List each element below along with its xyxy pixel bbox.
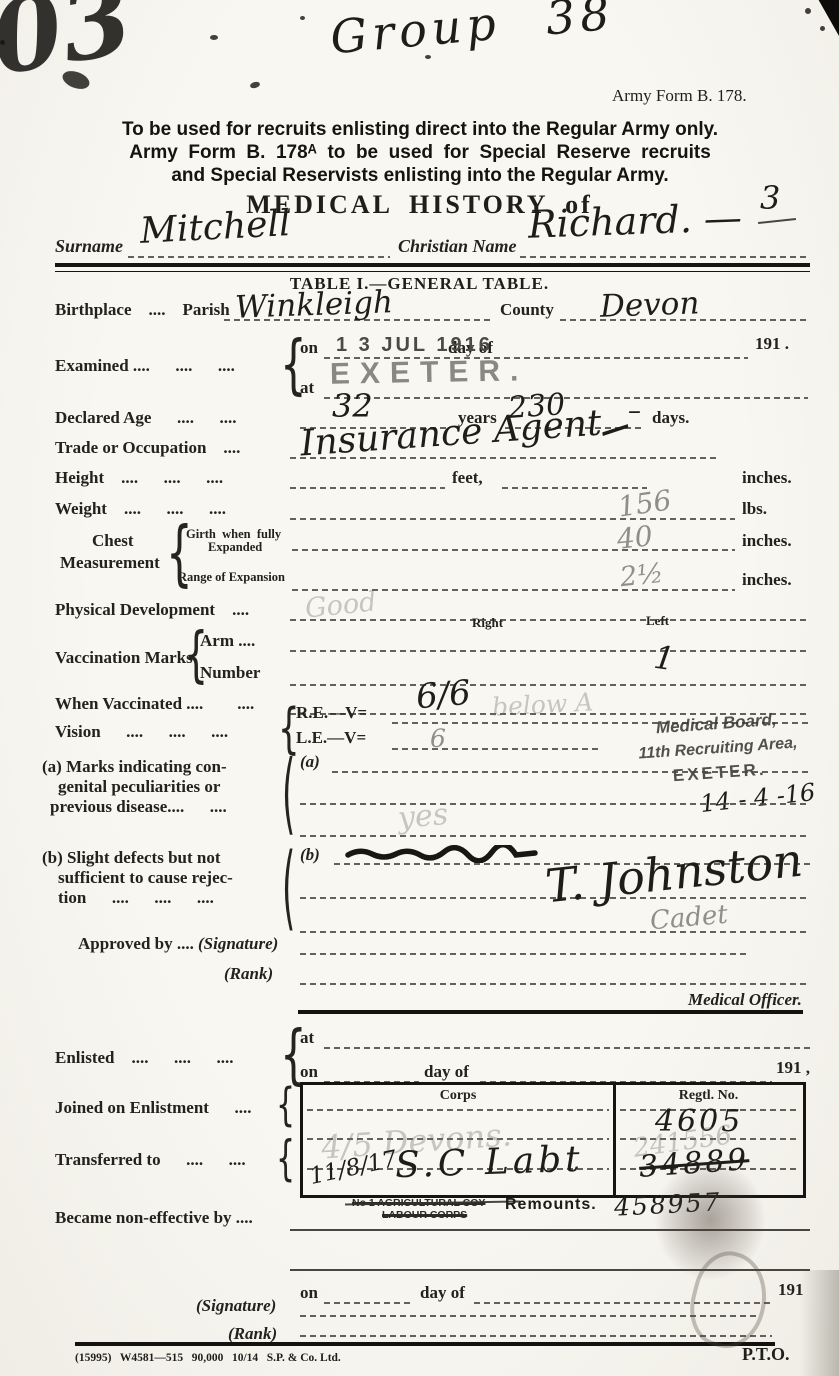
declared-age-label: Declared Age .... ....: [55, 408, 236, 428]
scanned-form-page: 03 Group 38 Army Form B. 178. To be used…: [0, 0, 839, 1376]
transferred-brace: {: [276, 1136, 295, 1184]
enlisted-label: Enlisted .... .... ....: [55, 1048, 234, 1068]
vision-re-label: R.E.—V=: [296, 703, 367, 723]
christian-name-label: Christian Name: [398, 236, 517, 257]
ink-speck: [210, 35, 218, 40]
table-column-divider: [613, 1085, 616, 1195]
marks-a-label2: genital peculiarities or: [58, 777, 220, 797]
corps-header: Corps: [303, 1088, 613, 1104]
ink-speck: [0, 40, 5, 45]
section-rule: [298, 1010, 803, 1014]
group-annotation: Group 38: [329, 0, 617, 60]
christian-name-value: Richard. —: [527, 198, 742, 243]
approved-signature-word: (Signature): [198, 934, 278, 954]
form-reference: Army Form B. 178.: [612, 86, 747, 106]
marks-a-letter: (a): [300, 752, 320, 772]
pto-label: P.T.O.: [742, 1344, 790, 1365]
usage-note-line2: Army Form B. 178ᴬ to be used for Special…: [50, 142, 790, 164]
range-units-label: inches.: [742, 570, 792, 590]
examined-at-label: at: [300, 378, 314, 398]
field-line: [324, 397, 808, 399]
enlisted-on-label: on: [300, 1062, 318, 1082]
girth-value: 40: [616, 522, 654, 554]
county-value: Devon: [599, 288, 699, 322]
remounts-stamp: Remounts.: [505, 1196, 597, 1214]
vaccination-number-value: 1: [652, 641, 677, 676]
field-line: [332, 771, 810, 773]
field-line: [290, 518, 735, 520]
vision-note-value: below A: [491, 689, 593, 719]
field-line: [324, 1047, 810, 1049]
age-days-dash-mark: –: [628, 398, 641, 424]
field-line: [300, 953, 750, 955]
defects-b-label1: (b) Slight defects but not: [42, 848, 221, 868]
table-row-line: [307, 1109, 609, 1111]
date-stamp: 1 3 JUL 1916: [336, 334, 493, 357]
defects-b-label3: tion .... .... ....: [58, 888, 214, 908]
field-line: [290, 487, 445, 489]
field-line: [292, 549, 735, 551]
struck-unit-stamp-line2: LABOUR CORPS: [382, 1209, 467, 1221]
transferred-corps-value-2: S.C Labt: [394, 1142, 584, 1185]
surname-value: Mitchell: [139, 206, 291, 250]
defects-b-label2: sufficient to cause rejec-: [58, 868, 233, 888]
examined-label: Examined .... .... ....: [55, 356, 235, 376]
board-stamp-date: 14 - 4 -16: [699, 780, 816, 816]
vision-label: Vision .... .... ....: [55, 722, 228, 742]
section-rule: [55, 263, 810, 272]
defect-strike-mark: [345, 845, 540, 863]
vaccination-marks-label: Vaccination Marks: [55, 648, 193, 668]
defects-b-letter: (b): [300, 845, 320, 865]
physical-development-value: Good: [304, 588, 378, 622]
marks-a-note-value: yes: [397, 800, 450, 834]
when-vaccinated-label: When Vaccinated .... ....: [55, 694, 254, 714]
weight-label: Weight .... .... ....: [55, 499, 226, 519]
transferred-to-label: Transferred to .... ....: [55, 1150, 246, 1170]
chest-label: Chest: [92, 531, 134, 551]
approved-rank-label: (Rank): [224, 964, 273, 984]
chest-measurement-label: Measurement: [60, 553, 160, 573]
medical-officer-label: Medical Officer.: [688, 990, 802, 1010]
weight-value: 156: [616, 486, 673, 521]
marks-a-label3: previous disease.... ....: [50, 797, 227, 817]
closing-on-label: on: [300, 1283, 318, 1303]
field-line: [300, 931, 810, 933]
usage-note-line3: and Special Reservists enlisting into th…: [50, 165, 790, 187]
became-non-effective-label: Became non-effective by ....: [55, 1208, 253, 1228]
parish-value: Winkleigh: [235, 287, 394, 323]
vision-re-value: 6/6: [415, 676, 472, 715]
lbs-label: lbs.: [742, 499, 767, 519]
field-line: [300, 835, 810, 837]
usage-note-line1: To be used for recruits enlisting direct…: [50, 119, 790, 141]
trade-label: Trade or Occupation ....: [55, 438, 240, 458]
approved-by-label: Approved by ....: [78, 934, 194, 954]
joined-on-enlistment-label: Joined on Enlistment ....: [55, 1098, 251, 1118]
marks-a-paren: (: [282, 750, 295, 838]
defects-b-paren: (: [282, 843, 295, 935]
enlisted-at-label: at: [300, 1028, 314, 1048]
ink-speck: [805, 8, 811, 14]
field-line: [290, 650, 810, 652]
enlisted-day-of-label: day of: [424, 1062, 469, 1082]
vision-le-label: L.E.—V=: [296, 728, 366, 748]
printer-imprint: (15995) W4581—515 90,000 10/14 S.P. & Co…: [75, 1352, 341, 1364]
joined-brace: {: [276, 1084, 295, 1129]
edge-shading: [800, 1270, 839, 1376]
closing-rank-label: (Rank): [228, 1324, 277, 1344]
closing-signature-label: (Signature): [196, 1296, 276, 1316]
field-line: [290, 684, 810, 686]
field-line: [128, 256, 390, 258]
field-line: [300, 803, 810, 805]
number-label: Number: [200, 663, 260, 683]
ink-speck: [820, 26, 825, 31]
field-line: [290, 619, 810, 621]
table1-heading: TABLE I.—GENERAL TABLE.: [0, 274, 839, 294]
right-column-label: Right: [472, 615, 503, 631]
surname-label: Surname: [55, 236, 123, 257]
vision-le-value: 6: [430, 726, 446, 751]
page-number-annotation: 3: [760, 182, 780, 214]
county-label: County: [500, 300, 554, 320]
physical-development-label: Physical Development ....: [55, 600, 249, 620]
feet-label: feet,: [452, 468, 483, 488]
girth-units-label: inches.: [742, 531, 792, 551]
inches-label: inches.: [742, 468, 792, 488]
ink-speck: [300, 16, 305, 20]
regtl-no-header: Regtl. No.: [616, 1088, 801, 1104]
range-value: 2½: [619, 560, 665, 591]
range-label: Range of Expansion: [178, 570, 285, 585]
arm-label: Arm ....: [200, 631, 255, 651]
officer-signature-rank-value: Cadet: [649, 902, 729, 935]
height-label: Height .... .... ....: [55, 468, 223, 488]
birthplace-label: Birthplace .... Parish: [55, 300, 230, 320]
field-line: [392, 748, 602, 750]
girth-label2: Expanded: [208, 540, 262, 555]
corner-tear-mark: [815, 0, 839, 36]
field-line: [324, 1302, 414, 1304]
field-line: [520, 256, 810, 258]
closing-day-of-label: day of: [420, 1283, 465, 1303]
ink-speck: [249, 81, 260, 89]
left-column-label: Left: [646, 613, 669, 629]
enlisted-year-label: 191 ,: [776, 1058, 810, 1078]
days-label: days.: [652, 408, 689, 428]
marks-a-label1: (a) Marks indicating con-: [42, 757, 227, 777]
footer-rule: [75, 1342, 775, 1346]
examined-year-label: 191 .: [755, 334, 789, 354]
age-years-value: 32: [332, 390, 373, 422]
examined-on-label: on: [300, 338, 318, 358]
field-line: [300, 983, 810, 985]
